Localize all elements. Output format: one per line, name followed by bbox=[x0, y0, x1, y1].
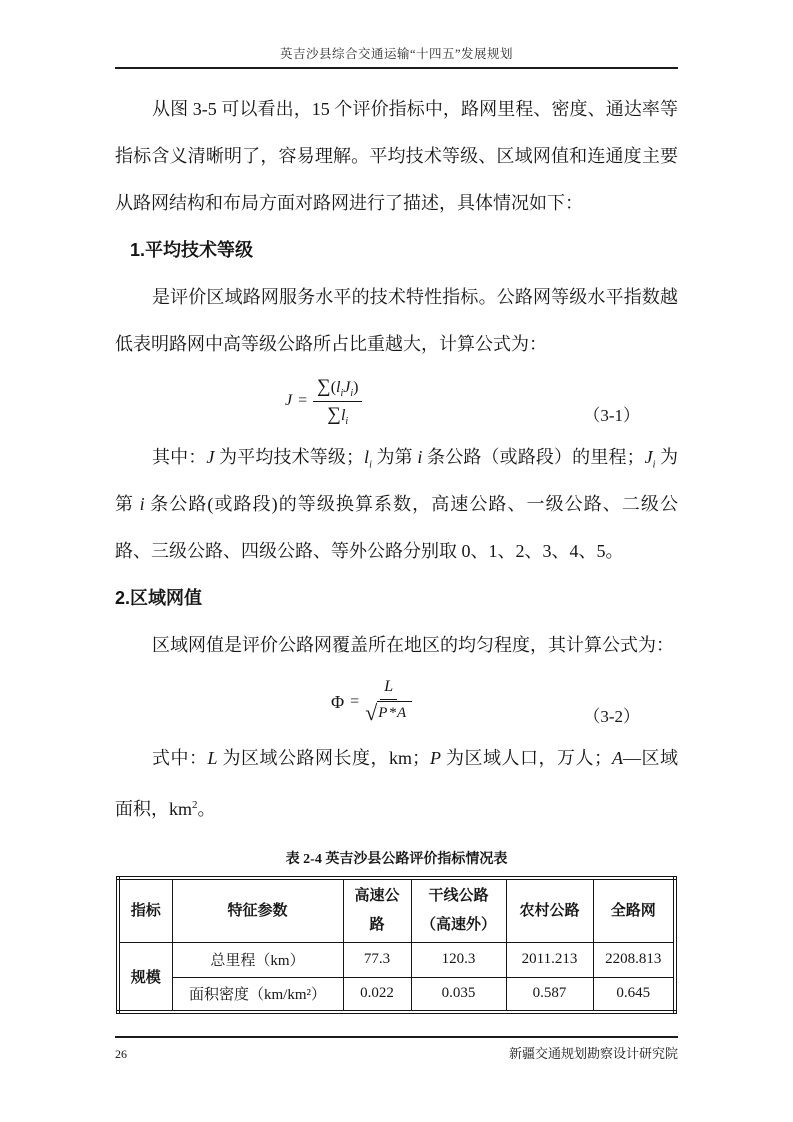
paragraph-intro: 从图 3-5 可以看出，15 个评价指标中，路网里程、密度、通达率等指标含义清晰… bbox=[115, 86, 678, 227]
formula-3-1-expression: J = ∑(liJi) ∑li bbox=[285, 375, 362, 427]
cell-value: 120.3 bbox=[411, 942, 506, 977]
cell-value: 0.022 bbox=[343, 977, 411, 1012]
institution-name: 新疆交通规划勘察设计研究院 bbox=[509, 1043, 678, 1062]
text-segment: 为区域公路网长度，km； bbox=[218, 748, 431, 768]
formula-3-2-number: （3-2） bbox=[583, 702, 640, 735]
inline-var-P: P bbox=[430, 748, 441, 768]
text-segment: 为平均技术等级； bbox=[214, 447, 364, 467]
formula-var-P: P bbox=[378, 705, 388, 721]
cell-value: 2011.213 bbox=[506, 942, 593, 977]
text-segment: 为区域人口，万人； bbox=[441, 748, 612, 768]
inline-var-J: J bbox=[645, 447, 653, 467]
equals-sign: = bbox=[344, 693, 365, 711]
table-header-row: 指标 特征参数 高速公 路 干线公路 （高速外） 农村公路 全路网 bbox=[118, 878, 675, 942]
formula-3-2-expression: Φ = L √P*A bbox=[331, 677, 412, 727]
text-segment: 其中： bbox=[152, 447, 206, 467]
fraction-numerator: L bbox=[380, 677, 397, 700]
formula-3-1-number: （3-1） bbox=[583, 401, 640, 434]
paragraph-regional-network-desc: 区域网值是评价公路网覆盖所在地区的均匀程度，其计算公式为： bbox=[115, 622, 678, 669]
square-root: √P*A bbox=[365, 701, 412, 724]
subscript-i: i bbox=[345, 416, 348, 427]
page-header: 英吉沙县综合交通运输“十四五”发展规划 bbox=[115, 44, 678, 69]
formula-var-J: J bbox=[285, 392, 292, 410]
fraction-denominator: ∑li bbox=[327, 402, 348, 428]
road-evaluation-indicator-table: 指标 特征参数 高速公 路 干线公路 （高速外） 农村公路 全路网 规模 总里程… bbox=[116, 876, 677, 1014]
formula-var-A: A bbox=[397, 705, 407, 721]
cell-value: 77.3 bbox=[343, 942, 411, 977]
paragraph-technical-grade-desc: 是评价区域路网服务水平的技术特性指标。公路网等级水平指数越低表明路网中高等级公路… bbox=[115, 274, 678, 368]
formula-3-1-row: J = ∑(liJi) ∑li （3-1） bbox=[115, 368, 678, 434]
document-page: 英吉沙县综合交通运输“十四五”发展规划 从图 3-5 可以看出，15 个评价指标… bbox=[0, 0, 793, 1122]
text-segment: 。 bbox=[198, 799, 216, 819]
row-group-scale: 规模 bbox=[118, 942, 172, 1012]
formula-var-L: L bbox=[384, 678, 393, 695]
cell-value: 0.587 bbox=[506, 977, 593, 1012]
fraction-numerator: ∑(liJi) bbox=[313, 375, 362, 402]
heading-regional-network-value: 2.区域网值 bbox=[115, 575, 678, 622]
page-footer: 26 新疆交通规划勘察设计研究院 bbox=[115, 1036, 678, 1062]
text-segment: 条公路(或路段)的等级换算系数，高速公路、一级公路、二级公路、三级公路、四级公路… bbox=[115, 494, 678, 561]
col-header-indicator: 指标 bbox=[118, 878, 172, 942]
cell-area-density-label: 面积密度（km/km²） bbox=[172, 977, 343, 1012]
paragraph-formula2-variables: 式中：L 为区域公路网长度，km；P 为区域人口，万人；A—区域面积，km2。 bbox=[115, 735, 678, 833]
paragraph-formula1-variables: 其中：J 为平均技术等级；li 为第 i 条公路（或路段）的里程；Ji 为第 i… bbox=[115, 434, 678, 575]
cell-value: 0.645 bbox=[593, 977, 675, 1012]
radical-symbol: √ bbox=[365, 701, 377, 724]
equals-sign: = bbox=[292, 392, 313, 410]
fraction: L √P*A bbox=[365, 677, 412, 727]
text-segment: 式中： bbox=[152, 748, 208, 768]
header-rule bbox=[115, 67, 678, 69]
sigma-symbol: ∑ bbox=[327, 404, 341, 425]
radicand: P*A bbox=[377, 701, 412, 724]
cell-value: 2208.813 bbox=[593, 942, 675, 977]
table-row: 规模 总里程（km） 77.3 120.3 2011.213 2208.813 bbox=[118, 942, 675, 977]
inline-var-A: A bbox=[612, 748, 623, 768]
asterisk-operator: * bbox=[388, 705, 397, 721]
fraction: ∑(liJi) ∑li bbox=[313, 375, 362, 427]
table-row: 面积密度（km/km²） 0.022 0.035 0.587 0.645 bbox=[118, 977, 675, 1012]
text-segment: 为第 bbox=[372, 447, 418, 467]
formula-var-phi: Φ bbox=[331, 692, 344, 713]
cell-total-mileage-label: 总里程（km） bbox=[172, 942, 343, 977]
col-header-rural-road: 农村公路 bbox=[506, 878, 593, 942]
formula-3-2-row: Φ = L √P*A （3-2） bbox=[115, 669, 678, 735]
document-body: 从图 3-5 可以看出，15 个评价指标中，路网里程、密度、通达率等指标含义清晰… bbox=[115, 86, 678, 1014]
col-header-whole-network: 全路网 bbox=[593, 878, 675, 942]
fraction-denominator: √P*A bbox=[365, 700, 412, 727]
header-title: 英吉沙县综合交通运输“十四五”发展规划 bbox=[115, 44, 678, 67]
page-number: 26 bbox=[115, 1047, 127, 1062]
col-header-trunk-road: 干线公路 （高速外） bbox=[411, 878, 506, 942]
col-header-characteristic-parameter: 特征参数 bbox=[172, 878, 343, 942]
sigma-symbol: ∑ bbox=[317, 376, 331, 397]
table-caption: 表 2-4 英吉沙县公路评价指标情况表 bbox=[115, 848, 678, 868]
inline-var-L: L bbox=[208, 748, 218, 768]
heading-average-technical-grade: 1.平均技术等级 bbox=[115, 227, 678, 274]
col-header-expressway: 高速公 路 bbox=[343, 878, 411, 942]
cell-value: 0.035 bbox=[411, 977, 506, 1012]
close-paren: ) bbox=[353, 379, 358, 396]
text-segment: 条公路（或路段）的里程； bbox=[422, 447, 644, 467]
